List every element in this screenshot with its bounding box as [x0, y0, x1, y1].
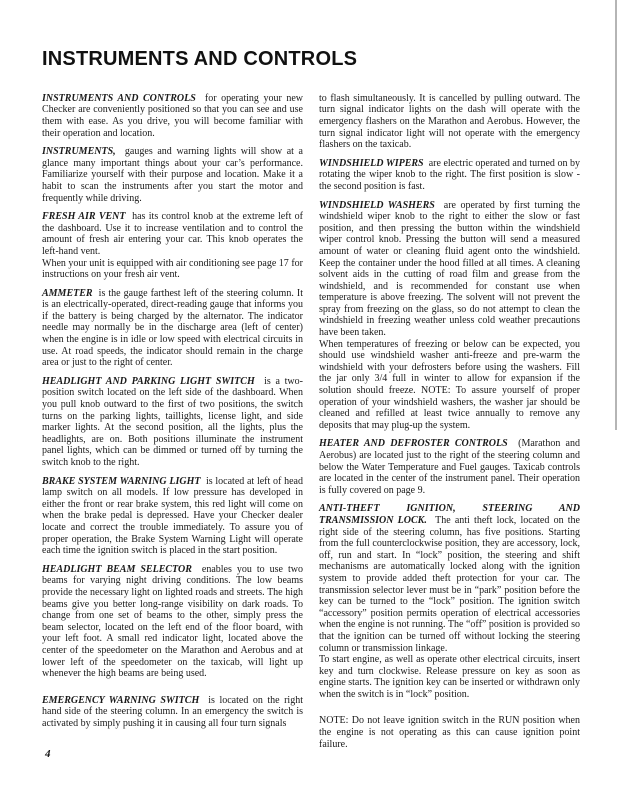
paragraph: WINDSHIELD WIPERS are electric operated … [319, 158, 580, 193]
paragraph: EMERGENCY WARNING SWITCH is located on t… [42, 695, 303, 730]
paragraph-text: To start engine, as well as operate othe… [319, 654, 580, 700]
paragraph-lead: WINDSHIELD WIPERS [319, 158, 424, 169]
paragraph-text: to flash simultaneously. It is cancelled… [319, 93, 580, 151]
paragraph-text: HEATER AND DEFROSTER CONTROLS (Marathon … [319, 438, 580, 496]
paragraph-text: INSTRUMENTS, gauges and warning lights w… [42, 146, 303, 204]
paragraph: HEADLIGHT AND PARKING LIGHT SWITCH is a … [42, 376, 303, 469]
paragraph-text: BRAKE SYSTEM WARNING LIGHT is located at… [42, 476, 303, 557]
page-title: INSTRUMENTS AND CONTROLS [0, 13, 618, 71]
paragraph-lead: ANTI-THEFT IGNITION, STEERING AND TRANSM… [319, 503, 580, 526]
paragraph-text: WINDSHIELD WIPERS are electric operated … [319, 158, 580, 193]
text-columns: INSTRUMENTS AND CONTROLS for operating y… [0, 85, 618, 757]
paragraph-text: HEADLIGHT BEAM SELECTOR enables you to u… [42, 564, 303, 680]
paragraph: INSTRUMENTS AND CONTROLS for operating y… [42, 93, 303, 139]
paragraph-text: When temperatures of freezing or below c… [319, 339, 580, 432]
paragraph: NOTE: Do not leave ignition switch in th… [319, 715, 580, 750]
paragraph-lead: EMERGENCY WARNING SWITCH [42, 695, 199, 706]
page-number: 4 [45, 748, 51, 760]
paragraph-text: When your unit is equipped with air cond… [42, 258, 303, 281]
paragraph: WINDSHIELD WASHERS are operated by first… [319, 200, 580, 432]
paragraph: INSTRUMENTS, gauges and warning lights w… [42, 146, 303, 204]
paragraph-lead: INSTRUMENTS AND CONTROLS [42, 93, 196, 104]
paragraph-text: HEADLIGHT AND PARKING LIGHT SWITCH is a … [42, 376, 303, 469]
paragraph-text: ANTI-THEFT IGNITION, STEERING AND TRANSM… [319, 503, 580, 654]
paragraph: HEADLIGHT BEAM SELECTOR enables you to u… [42, 564, 303, 680]
paragraph-lead: HEADLIGHT BEAM SELECTOR [42, 564, 192, 575]
paragraph-text: AMMETER is the gauge farthest left of th… [42, 288, 303, 369]
paragraph: HEATER AND DEFROSTER CONTROLS (Marathon … [319, 438, 580, 496]
paragraph: AMMETER is the gauge farthest left of th… [42, 288, 303, 369]
paragraph-text: NOTE: Do not leave ignition switch in th… [319, 715, 580, 750]
paragraph-text: FRESH AIR VENT has its control knob at t… [42, 211, 303, 257]
paragraph-lead: BRAKE SYSTEM WARNING LIGHT [42, 476, 200, 487]
right-column: to flash simultaneously. It is cancelled… [319, 93, 580, 757]
paragraph-lead: HEATER AND DEFROSTER CONTROLS [319, 438, 508, 449]
paragraph-lead: AMMETER [42, 288, 93, 299]
paragraph-text: INSTRUMENTS AND CONTROLS for operating y… [42, 93, 303, 139]
paragraph-lead: WINDSHIELD WASHERS [319, 200, 435, 211]
paragraph: FRESH AIR VENT has its control knob at t… [42, 211, 303, 281]
paragraph-lead: FRESH AIR VENT [42, 211, 126, 222]
manual-page: INSTRUMENTS AND CONTROLS INSTRUMENTS AND… [0, 0, 618, 800]
paragraph-text: EMERGENCY WARNING SWITCH is located on t… [42, 695, 303, 730]
left-column: INSTRUMENTS AND CONTROLS for operating y… [42, 93, 303, 757]
paragraph-lead: INSTRUMENTS, [42, 146, 116, 157]
scan-edge-artifact [615, 0, 617, 430]
paragraph: ANTI-THEFT IGNITION, STEERING AND TRANSM… [319, 503, 580, 700]
paragraph: BRAKE SYSTEM WARNING LIGHT is located at… [42, 476, 303, 557]
paragraph-text: WINDSHIELD WASHERS are operated by first… [319, 200, 580, 339]
paragraph: to flash simultaneously. It is cancelled… [319, 93, 580, 151]
paragraph-lead: HEADLIGHT AND PARKING LIGHT SWITCH [42, 376, 255, 387]
